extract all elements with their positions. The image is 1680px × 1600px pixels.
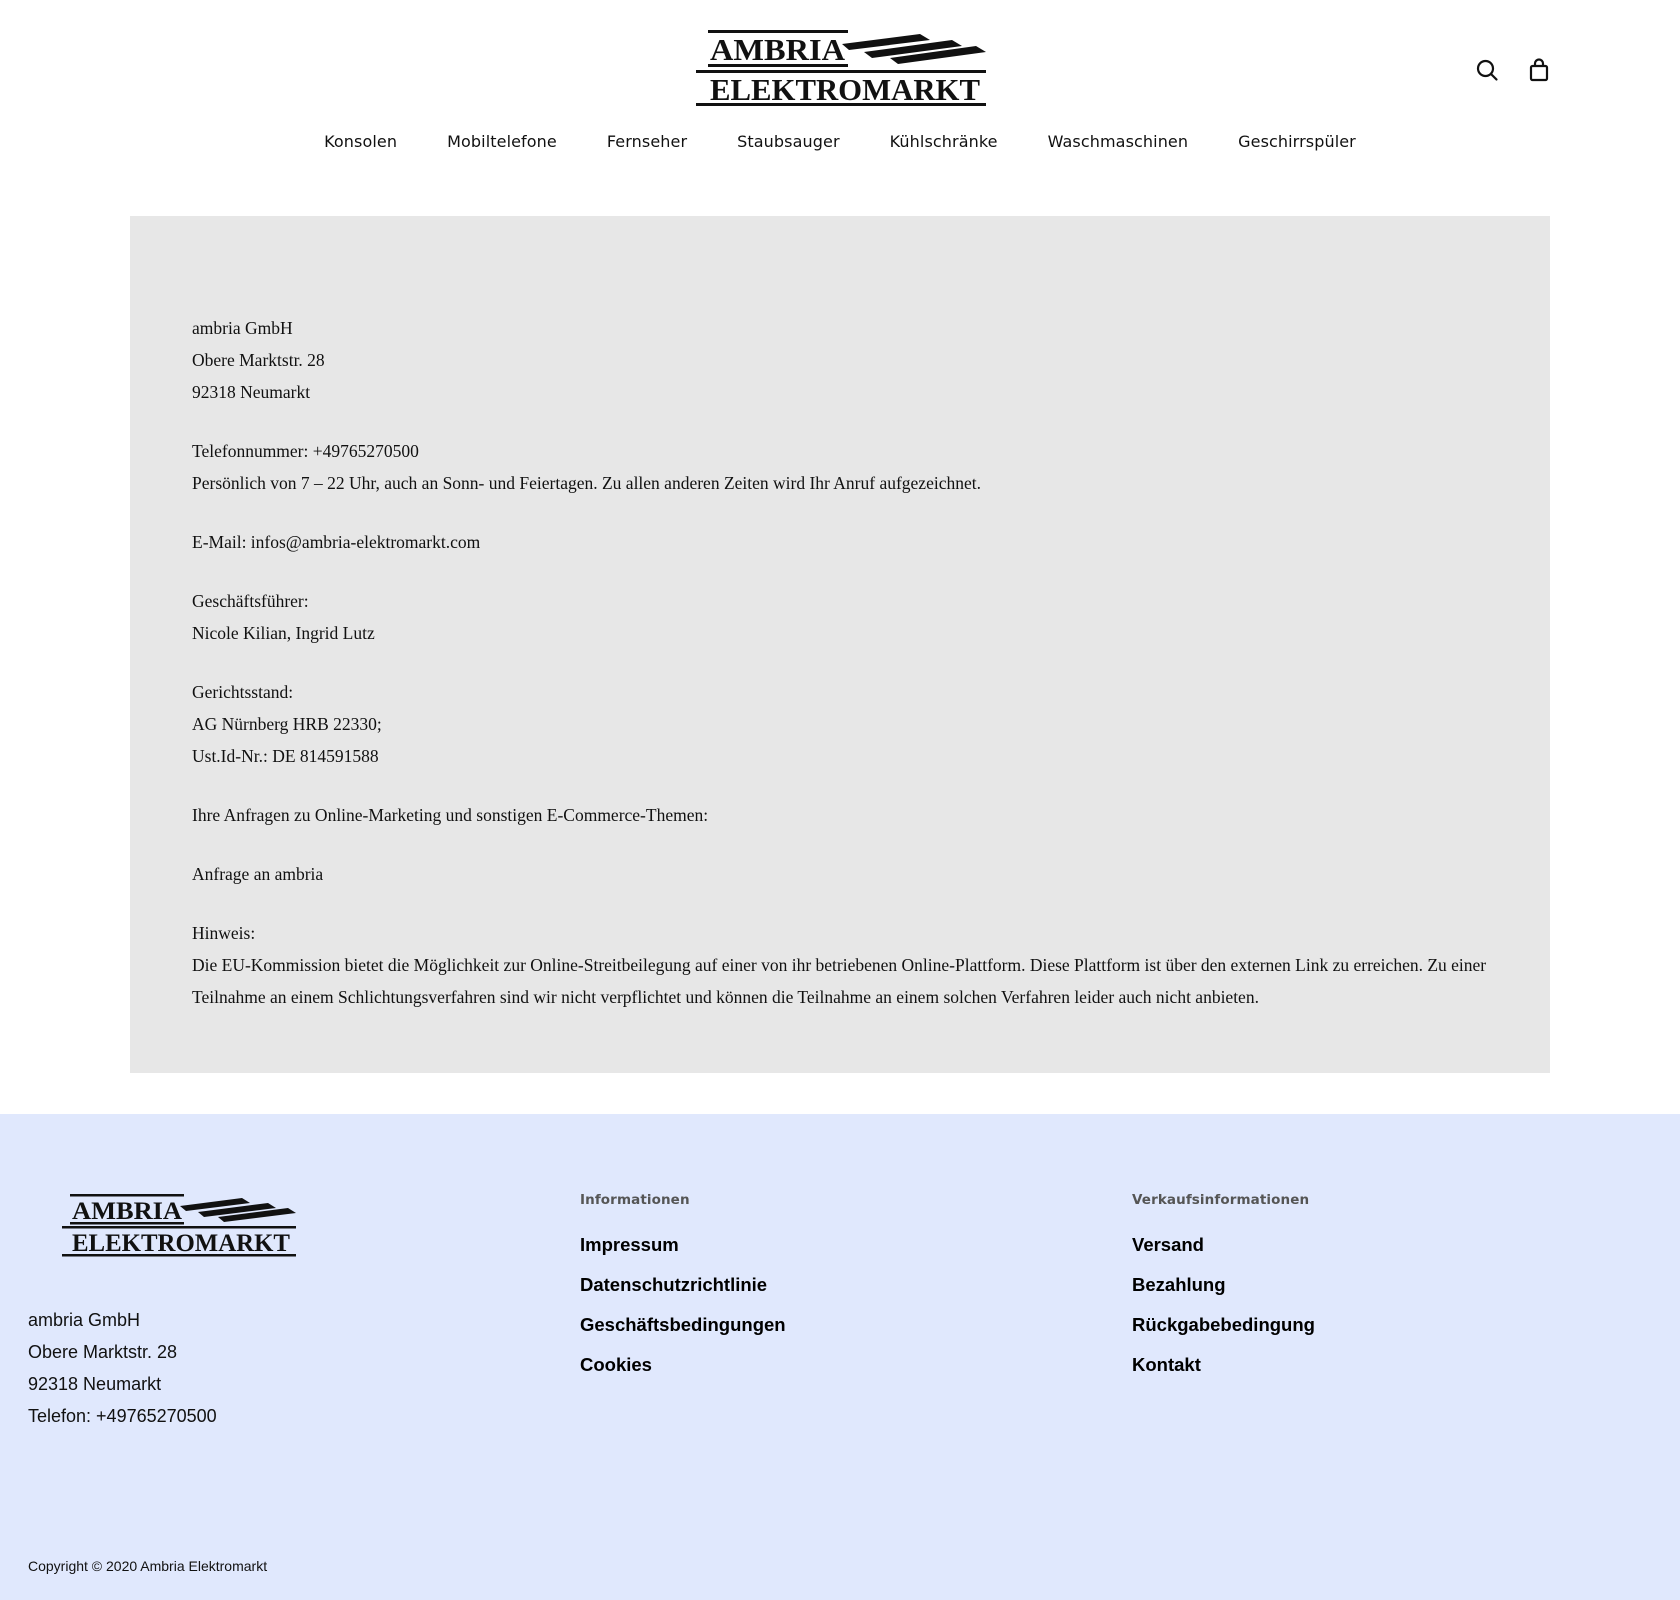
svg-text:ELEKTROMARKT: ELEKTROMARKT (72, 1230, 290, 1257)
note-label: Hinweis: (192, 917, 1502, 949)
footer-link-versand[interactable]: Versand (1132, 1234, 1315, 1274)
search-icon[interactable] (1474, 57, 1500, 83)
company-name: ambria GmbH (192, 312, 1502, 344)
vat-id: Ust.Id-Nr.: DE 814591588 (192, 740, 1502, 772)
nav-item-konsolen[interactable]: Konsolen (324, 132, 397, 151)
nav-item-geschirrspueler[interactable]: Geschirrspüler (1238, 132, 1356, 151)
imprint-content: ambria GmbH Obere Marktstr. 28 92318 Neu… (192, 312, 1502, 1013)
site-footer: AMBRIA ELEKTROMARKT ambria GmbH Obere Ma… (0, 1114, 1680, 1600)
main-nav: Konsolen Mobiltelefone Fernseher Staubsa… (0, 132, 1680, 151)
svg-text:ELEKTROMARKT: ELEKTROMARKT (710, 72, 980, 107)
footer-heading: Informationen (580, 1192, 786, 1208)
footer-company: ambria GmbH (28, 1304, 217, 1336)
site-header: AMBRIA ELEKTROMARKT Konsolen Mobiltelefo… (0, 0, 1680, 200)
court-register: AG Nürnberg HRB 22330; (192, 708, 1502, 740)
nav-item-mobiltelefone[interactable]: Mobiltelefone (447, 132, 557, 151)
svg-text:AMBRIA: AMBRIA (72, 1198, 182, 1225)
footer-column-informationen: Informationen Impressum Datenschutzricht… (580, 1192, 786, 1394)
nav-item-staubsauger[interactable]: Staubsauger (737, 132, 840, 151)
footer-street: Obere Marktstr. 28 (28, 1336, 217, 1368)
court-label: Gerichtsstand: (192, 676, 1502, 708)
opening-hours: Persönlich von 7 – 22 Uhr, auch an Sonn-… (192, 467, 1502, 499)
site-logo[interactable]: AMBRIA ELEKTROMARKT (694, 28, 988, 108)
footer-phone: Telefon: +49765270500 (28, 1400, 217, 1432)
footer-address: ambria GmbH Obere Marktstr. 28 92318 Neu… (28, 1304, 217, 1432)
footer-heading: Verkaufsinformationen (1132, 1192, 1315, 1208)
imprint-section: ambria GmbH Obere Marktstr. 28 92318 Neu… (130, 216, 1550, 1073)
footer-city: 92318 Neumarkt (28, 1368, 217, 1400)
footer-logo[interactable]: AMBRIA ELEKTROMARKT (60, 1192, 298, 1258)
header-actions (1474, 57, 1552, 83)
footer-link-kontakt[interactable]: Kontakt (1132, 1354, 1315, 1394)
footer-link-impressum[interactable]: Impressum (580, 1234, 786, 1274)
footer-link-geschaeftsbedingungen[interactable]: Geschäftsbedingungen (580, 1314, 786, 1354)
footer-logo-graphic: AMBRIA ELEKTROMARKT (60, 1192, 298, 1258)
footer-link-bezahlung[interactable]: Bezahlung (1132, 1274, 1315, 1314)
footer-link-cookies[interactable]: Cookies (580, 1354, 786, 1394)
footer-link-datenschutz[interactable]: Datenschutzrichtlinie (580, 1274, 786, 1314)
inquiry-link[interactable]: Anfrage an ambria (192, 858, 1502, 890)
email: E-Mail: infos@ambria-elektromarkt.com (192, 526, 1502, 558)
phone: Telefonnummer: +49765270500 (192, 435, 1502, 467)
copyright: Copyright © 2020 Ambria Elektromarkt (28, 1558, 267, 1574)
city: 92318 Neumarkt (192, 376, 1502, 408)
nav-item-waschmaschinen[interactable]: Waschmaschinen (1048, 132, 1189, 151)
managers-label: Geschäftsführer: (192, 585, 1502, 617)
note-text: Die EU-Kommission bietet die Möglichkeit… (192, 949, 1502, 1013)
footer-column-verkaufsinformationen: Verkaufsinformationen Versand Bezahlung … (1132, 1192, 1315, 1394)
nav-item-fernseher[interactable]: Fernseher (607, 132, 687, 151)
svg-text:AMBRIA: AMBRIA (710, 32, 846, 67)
logo-graphic: AMBRIA ELEKTROMARKT (694, 28, 988, 108)
inquiries-text: Ihre Anfragen zu Online-Marketing und so… (192, 799, 1502, 831)
footer-link-rueckgabe[interactable]: Rückgabebedingung (1132, 1314, 1315, 1354)
managers: Nicole Kilian, Ingrid Lutz (192, 617, 1502, 649)
nav-item-kuehlschraenke[interactable]: Kühlschränke (890, 132, 998, 151)
street: Obere Marktstr. 28 (192, 344, 1502, 376)
shopping-bag-icon[interactable] (1526, 57, 1552, 83)
